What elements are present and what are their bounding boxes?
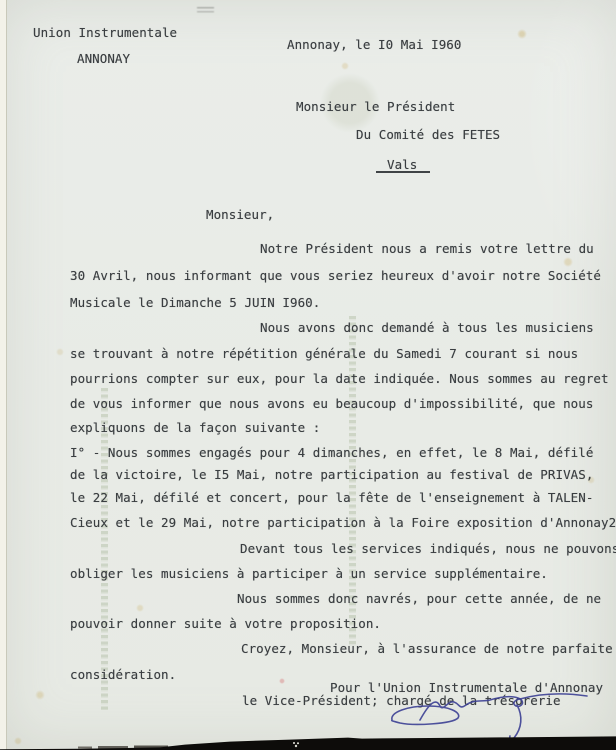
- scan-bottom-strip: [0, 734, 616, 750]
- recipient-line: Monsieur le Président: [296, 100, 455, 114]
- body-line: expliquons de la façon suivante :: [70, 421, 320, 435]
- body-line: Musicale le Dimanche 5 JUIN I960.: [70, 296, 320, 310]
- body-line: pourrions compter sur eux, pour la date …: [70, 372, 609, 386]
- recipient-city: Vals: [387, 158, 417, 172]
- dateline: Annonay, le I0 Mai I960: [287, 38, 461, 52]
- sender-city: ANNONAY: [77, 52, 130, 66]
- recipient-line: Du Comité des FETES: [356, 128, 500, 142]
- body-line: obliger les musiciens à participer à un …: [70, 567, 548, 581]
- body-line: Devant tous les services indiqués, nous …: [240, 542, 616, 556]
- recipient-city-underline: [376, 171, 430, 173]
- body-line: Cieux et le 29 Mai, notre participation …: [70, 516, 616, 530]
- body-line: de vous informer que nous avons eu beauc…: [70, 397, 593, 411]
- body-line: Notre Président nous a remis votre lettr…: [260, 242, 594, 256]
- salutation: Monsieur,: [206, 208, 274, 222]
- body-line: pouvoir donner suite à votre proposition…: [70, 617, 381, 631]
- strip-artifact-dot: [293, 742, 295, 744]
- body-line: 30 Avril, nous informant que vous seriez…: [70, 269, 601, 283]
- scan-smudge: [197, 7, 214, 14]
- scanned-letter: Union Instrumentale ANNONAY Annonay, le …: [0, 0, 616, 750]
- body-line: I° - Nous sommes engagés pour 4 dimanche…: [70, 446, 593, 460]
- body-line: Nous sommes donc navrés, pour cette anné…: [237, 592, 601, 606]
- watermark-strip-left: [101, 388, 108, 710]
- body-line: Nous avons donc demandé à tous les music…: [260, 321, 594, 335]
- paper-left-edge: [0, 0, 7, 750]
- body-line: de la victoire, le I5 Mai, notre partici…: [70, 468, 593, 482]
- body-line: se trouvant à notre répétition générale …: [70, 347, 578, 361]
- body-line: considération.: [70, 668, 176, 682]
- sender-name: Union Instrumentale: [33, 26, 177, 40]
- body-line: Croyez, Monsieur, à l'assurance de notre…: [241, 642, 613, 656]
- body-line: le 22 Mai, défilé et concert, pour la fê…: [70, 491, 593, 505]
